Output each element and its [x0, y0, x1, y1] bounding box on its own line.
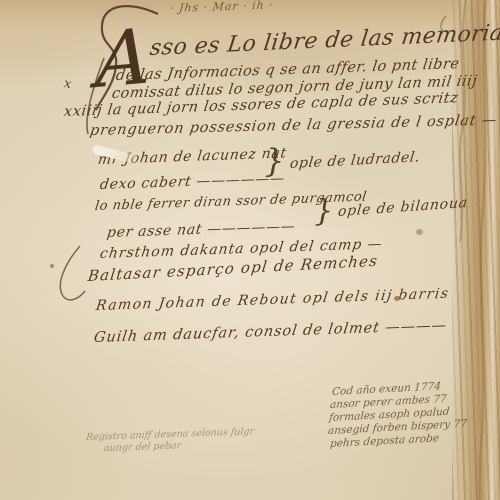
- ink-spot: [394, 296, 400, 301]
- entry-1-line2: dexo cabert ——————: [99, 171, 286, 194]
- bottom-left-note-line: aungr del pebar: [103, 440, 181, 454]
- entry-flourish: [60, 246, 85, 300]
- invocation: · Jhs · Mar · ih ·: [169, 0, 274, 15]
- brace-mark: }: [313, 193, 333, 229]
- title-line-1: sso es Lo libre de las memorias: [148, 20, 500, 61]
- manuscript-page: · Jhs · Mar · ih · A sso es Lo libre de …: [0, 0, 500, 500]
- entry-2-line2: per asse nat ——————: [106, 218, 297, 241]
- entry-6-name: Guilh am daucfar, consol de lolmet ————: [93, 318, 448, 346]
- entry-1-note: ople de ludradel.: [289, 149, 421, 172]
- margin-x-mark: x: [63, 76, 73, 92]
- stain-spot: [416, 229, 423, 235]
- stain-spot: [50, 264, 54, 268]
